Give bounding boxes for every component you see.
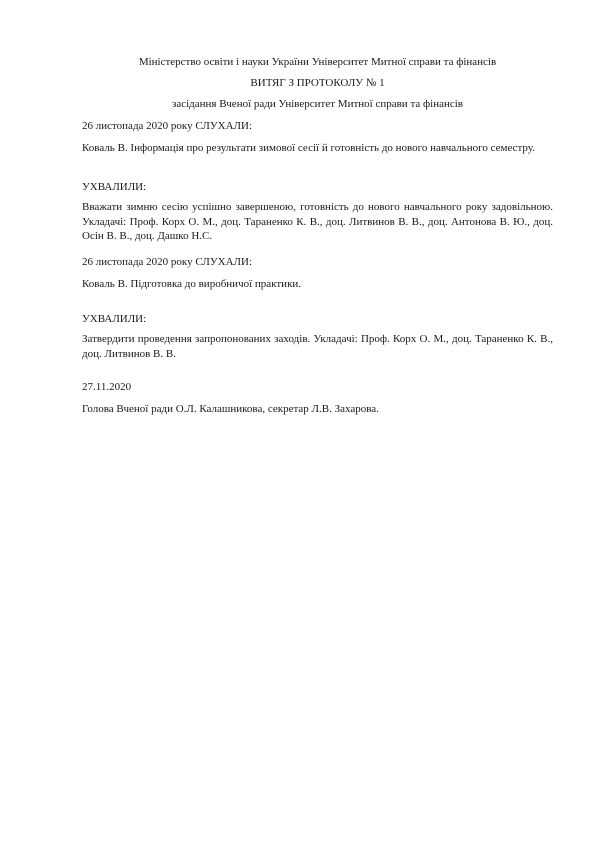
item-2-heard-label: 26 листопада 2020 року СЛУХАЛИ:: [82, 255, 553, 270]
item-1-heard-text: Коваль В. Інформація про результати зимо…: [82, 141, 553, 156]
item-1-decided-label: УХВАЛИЛИ:: [82, 180, 553, 195]
item-2-decided-label: УХВАЛИЛИ:: [82, 312, 553, 327]
footer-signatures: Голова Вченої ради О.Л. Калашникова, сек…: [82, 402, 553, 417]
item-2-heard-text: Коваль В. Підготовка до виробничої практ…: [82, 277, 553, 292]
item-1-heard-label: 26 листопада 2020 року СЛУХАЛИ:: [82, 119, 553, 134]
footer-date: 27.11.2020: [82, 380, 553, 395]
document-subtitle: засідання Вченої ради Університет Митної…: [82, 97, 553, 112]
item-2-decided-text: Затвердити проведення запропонованих зах…: [82, 332, 553, 361]
document-title: ВИТЯГ З ПРОТОКОЛУ № 1: [82, 76, 553, 91]
item-1-decided-text: Вважати зимню сесію успішно завершеною, …: [82, 200, 553, 244]
ministry-heading: Міністерство освіти і науки України Унів…: [82, 55, 553, 70]
